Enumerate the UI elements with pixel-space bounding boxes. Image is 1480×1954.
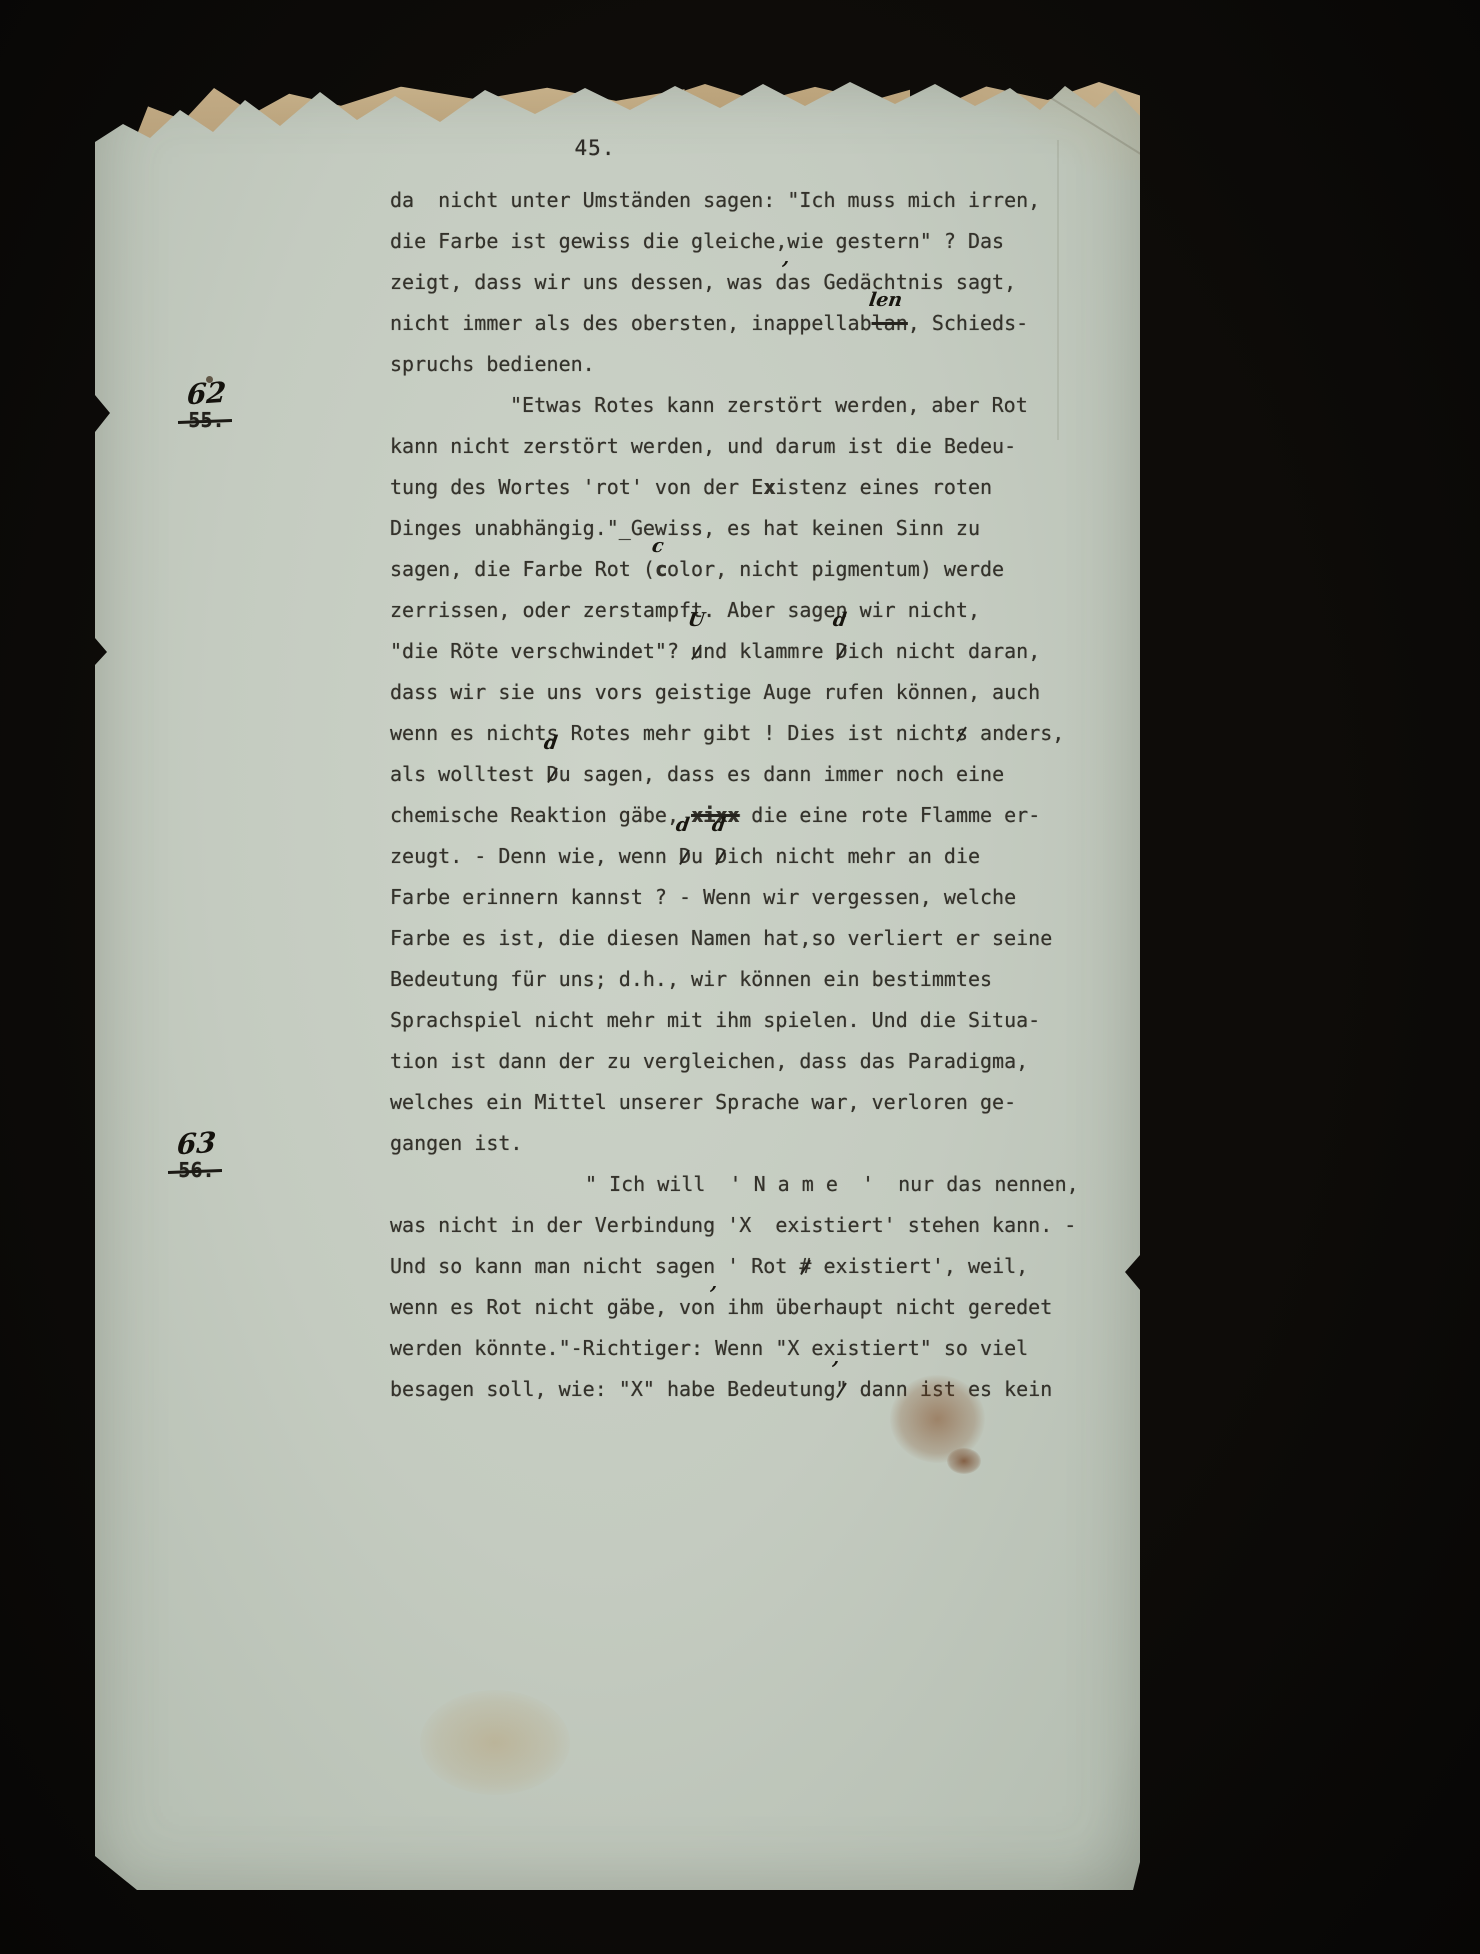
typed-text: "die Röte verschwindet"?: [390, 639, 691, 663]
typed-text: werden könnte."-Richtiger: Wenn "X exist…: [390, 1336, 1028, 1360]
typed-text: tion ist dann der zu vergleichen, dass d…: [390, 1049, 1028, 1073]
text-line: sagen, die Farbe Rot (ccolor, nicht pigm…: [390, 549, 1090, 590]
typewritten-text-column: da nicht unter Umständen sagen: "Ich mus…: [390, 180, 1090, 1410]
corrected-text: lanlen: [872, 311, 908, 335]
page-number: 45.: [495, 136, 695, 160]
handwritten-correction: d: [711, 816, 727, 835]
typed-text: dann ist es kein: [848, 1377, 1053, 1401]
corrected-text: cc: [655, 557, 667, 581]
document-scan: { "document": { "page_number": "45.", "m…: [0, 0, 1480, 1954]
text-line: welches ein Mittel unserer Sprache war, …: [390, 1082, 1090, 1123]
handwritten-correction: U: [687, 611, 706, 630]
text-line: die Farbe ist gewiss die gleiche,wie ges…: [390, 221, 1090, 262]
text-line: da nicht unter Umständen sagen: "Ich mus…: [390, 180, 1090, 221]
text-line: Farbe es ist, die diesen Namen hat,so ve…: [390, 918, 1090, 959]
handwritten-renumber: 62: [186, 379, 227, 410]
handwritten-correction: d: [831, 611, 847, 630]
text-line: Sprachspiel nicht mehr mit ihm spielen. …: [390, 1000, 1090, 1041]
struck-out-number: 56.: [178, 1158, 214, 1182]
text-line: Dinges unabhängig."_Gewiss, es hat keine…: [390, 508, 1090, 549]
typed-text: Und so kann man nicht sagen: [390, 1254, 715, 1278]
text-line: werden könnte."-Richtiger: Wenn "X exist…: [390, 1328, 1090, 1369]
text-line: wenn es Rot nicht gäbe, von ihm überhaup…: [390, 1287, 1090, 1328]
typed-text: olor, nicht pigmentum) werde: [667, 557, 1004, 581]
corrected-text: ",: [836, 1369, 848, 1410]
text-line: tung des Wortes 'rot' von der Existenz e…: [390, 467, 1090, 508]
typed-text: ich nicht mehr an die: [727, 844, 980, 868]
margin-note-section-63: 63 56.: [177, 1130, 216, 1182]
typed-text: existiert', weil,: [811, 1254, 1028, 1278]
handwritten-correction: c: [651, 537, 665, 556]
text-line: nicht immer als des obersten, inappellab…: [390, 303, 1090, 344]
corrected-text: Dd: [836, 631, 848, 672]
typed-text: besagen soll, wie: "X" habe Bedeutung: [390, 1377, 836, 1401]
typed-text: was nicht in der Verbindung 'X existiert…: [390, 1213, 1076, 1237]
handwritten-correction: d: [542, 734, 558, 753]
stain: [947, 1448, 981, 1474]
text-line: gangen ist.: [390, 1123, 1090, 1164]
typed-text: nd klammre: [703, 639, 835, 663]
typed-text: zeigt, dass wir uns dessen, was das Gedä…: [390, 270, 1016, 294]
typed-text: kann nicht zerstört werden, und darum is…: [390, 434, 1016, 458]
text-line: als wolltest Ddu sagen, dass es dann imm…: [390, 754, 1090, 795]
typed-text: wenn es nichts Rotes mehr gibt ! Dies is…: [390, 721, 956, 745]
typed-text: u: [691, 844, 715, 868]
typed-text: Farbe erinnern kannst ? - Wenn wir verge…: [390, 885, 1016, 909]
handwritten-correction: len: [867, 291, 903, 310]
stain: [420, 1690, 570, 1795]
corrected-text: Dd: [715, 836, 727, 877]
typed-text: zerrissen, oder zerstampft. Aber sagen w…: [390, 598, 980, 622]
text-line: Bedeutung für uns; d.h., wir können ein …: [390, 959, 1090, 1000]
text-line: Farbe erinnern kannst ? - Wenn wir verge…: [390, 877, 1090, 918]
typed-text: Sprachspiel nicht mehr mit ihm spielen. …: [390, 1008, 1040, 1032]
typed-text: sagen, die Farbe Rot (: [390, 557, 655, 581]
typed-text: welches ein Mittel unserer Sprache war, …: [390, 1090, 1016, 1114]
typed-text: x: [763, 475, 775, 499]
typed-text: , Schieds-: [908, 311, 1028, 335]
typed-text: tung des Wortes 'rot' von der E: [390, 475, 763, 499]
corrected-text: uU: [691, 631, 703, 672]
typed-text: u sagen, dass es dann immer noch eine: [559, 762, 1005, 786]
typed-text: Farbe es ist, die diesen Namen hat,so ve…: [390, 926, 1052, 950]
corrected-text: #: [799, 1246, 811, 1287]
typed-text: dass wir sie uns vors geistige Auge rufe…: [390, 680, 1040, 704]
margin-note-section-62: 62 55.: [187, 380, 226, 432]
corrected-text: Dd: [547, 754, 559, 795]
text-line: "Etwas Rotes kann zerstört werden, aber …: [390, 385, 1090, 426]
corrected-text: s: [956, 713, 968, 754]
typed-text: Bedeutung für uns; d.h., wir können ein …: [390, 967, 992, 991]
text-line: zeigt, dass wir uns dessen, was das Gedä…: [390, 262, 1090, 303]
typed-text: als wolltest: [390, 762, 547, 786]
typed-text: zeugt. - Denn wie, wenn: [390, 844, 679, 868]
text-line: zerrissen, oder zerstampft. Aber sagen w…: [390, 590, 1090, 631]
corrected-text: ' Rot ,: [715, 1254, 799, 1278]
paper: 45. 62 55. 63 56. da nicht unter Umständ…: [95, 80, 1140, 1890]
handwritten-correction: d: [675, 816, 691, 835]
typed-text: Dinges unabhängig."_Gewiss, es hat keine…: [390, 516, 980, 540]
typed-text: chemische Reaktion gäbe,: [390, 803, 691, 827]
typed-text: gangen ist.: [390, 1131, 522, 1155]
typed-text: nicht immer als des obersten, inappellab: [390, 311, 872, 335]
typed-text: da nicht unter Umständen sagen: "Ich mus…: [390, 188, 1040, 212]
typed-text: die eine rote Flamme er-: [739, 803, 1040, 827]
text-line: besagen soll, wie: "X" habe Bedeutung", …: [390, 1369, 1090, 1410]
typed-text: wenn es Rot nicht gäbe, von ihm überhaup…: [390, 1295, 1052, 1319]
typed-text: spruchs bedienen.: [390, 352, 595, 376]
corrected-text: Dd: [679, 836, 691, 877]
typed-text: ich nicht daran,: [848, 639, 1041, 663]
text-line: chemische Reaktion gäbe, xixx die eine r…: [390, 795, 1090, 836]
text-line: Und so kann man nicht sagen ' Rot ,# exi…: [390, 1246, 1090, 1287]
struck-out-number: 55.: [188, 408, 224, 432]
typed-text: istenz eines roten: [775, 475, 992, 499]
text-line: " Ich will ' N a m e ' nur das nennen,: [390, 1164, 1090, 1205]
text-line: tion ist dann der zu vergleichen, dass d…: [390, 1041, 1090, 1082]
text-line: dass wir sie uns vors geistige Auge rufe…: [390, 672, 1090, 713]
text-line: zeugt. - Denn wie, wenn Ddu Ddich nicht …: [390, 836, 1090, 877]
text-line: wenn es nichts Rotes mehr gibt ! Dies is…: [390, 713, 1090, 754]
text-line: was nicht in der Verbindung 'X existiert…: [390, 1205, 1090, 1246]
typed-text: die Farbe ist gewiss die gleiche,: [390, 229, 787, 253]
typed-text: anders,: [968, 721, 1064, 745]
typed-text: "Etwas Rotes kann zerstört werden, aber …: [510, 393, 1028, 417]
corrected-text: wie gestern" ? Das,: [787, 229, 1004, 253]
handwritten-renumber: 63: [176, 1129, 217, 1160]
text-line: kann nicht zerstört werden, und darum is…: [390, 426, 1090, 467]
text-line: "die Röte verschwindet"? uUnd klammre Dd…: [390, 631, 1090, 672]
typed-text: " Ich will ' N a m e ' nur das nennen,: [585, 1172, 1079, 1196]
text-line: spruchs bedienen.: [390, 344, 1090, 385]
